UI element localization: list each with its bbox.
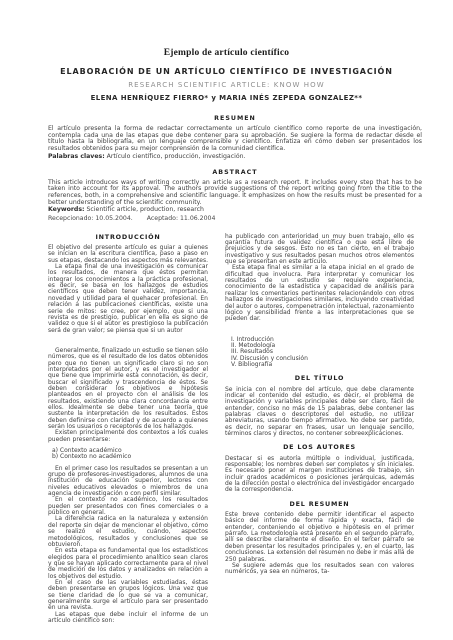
paragraph: El objetivo del presente artículo es gui…: [48, 245, 208, 264]
accepted-date: Aceptado: 11.06.2004: [147, 215, 216, 222]
paragraph: Generalmente, finalizado un estudio se t…: [48, 348, 208, 430]
resumen-section: RESUMEN El artículo presenta la forma de…: [48, 115, 422, 161]
palabras-claves-label: Palabras claves:: [48, 153, 105, 160]
article-title-spanish: ELABORACIÓN DE UN ARTÍCULO CIENTÍFICO DE…: [0, 67, 453, 76]
paragraph: Se sugiere además que los resultados sea…: [225, 563, 414, 576]
palabras-claves-line: Palabras claves: Artículo científico, pr…: [48, 154, 422, 161]
received-date: Recepcionado: 10.05.2004.: [48, 215, 133, 222]
right-column: ha publicado con anterioridad un muy bue…: [225, 234, 414, 625]
article-body: INTRODUCCIÓN El objetivo del presente ar…: [48, 234, 414, 625]
resumen-heading: RESUMEN: [48, 115, 422, 122]
resumen-body: El artículo presenta la forma de redacta…: [48, 126, 422, 153]
abstract-section: ABSTRACT This article introduces ways of…: [48, 169, 422, 223]
article-header: Ejemplo de artículo científico ELABORACI…: [0, 48, 453, 102]
paragraph: Esta etapa final es similar a la etapa i…: [225, 265, 414, 322]
article-stages-list: I. Introducción II. Metodología III. Res…: [225, 337, 414, 369]
paragraph: En el primer caso los resultados se pres…: [48, 466, 208, 498]
list-item: b) Contexto no académico: [52, 454, 208, 460]
article-title-english: RESEARCH SCIENTIFIC ARTICLE: KNOW HOW: [0, 81, 453, 89]
paragraph: La diferencia radica en la naturaleza y …: [48, 516, 208, 548]
abstract-body: This article introduces ways of writing …: [48, 180, 422, 207]
paragraph: Este breve contenido debe permitir ident…: [225, 512, 414, 563]
left-column: INTRODUCCIÓN El objetivo del presente ar…: [48, 234, 208, 625]
column-gap: [225, 323, 414, 337]
paragraph: ha publicado con anterioridad un muy bue…: [225, 234, 414, 266]
del-resumen-heading: DEL RESUMEN: [225, 501, 414, 507]
paragraph: En el contexto no académico, los resulta…: [48, 497, 208, 516]
submission-dates: Recepcionado: 10.05.2004.Aceptado: 11.06…: [48, 216, 422, 223]
column-gap: [48, 334, 208, 348]
article-page: Ejemplo de artículo científico ELABORACI…: [0, 0, 453, 640]
del-titulo-heading: DEL TÍTULO: [225, 375, 414, 381]
paragraph: La etapa final de una investigación es c…: [48, 264, 208, 334]
paragraph: Existen principalmente dos contextos a l…: [48, 430, 208, 443]
keywords-value: Scientific article, production, research: [87, 206, 204, 213]
introduccion-heading: INTRODUCCIÓN: [48, 234, 208, 240]
paragraph: En el caso de las variables estudiadas, …: [48, 580, 208, 612]
keywords-label: Keywords:: [48, 206, 85, 213]
list-item: V. Bibliografía: [231, 362, 414, 368]
page-pretitle: Ejemplo de artículo científico: [0, 48, 453, 58]
de-los-autores-heading: DE LOS AUTORES: [225, 444, 414, 450]
paragraph: Se inicia con el nombre del artículo, qu…: [225, 387, 414, 438]
article-authors: ELENA HENRÍQUEZ FIERRO* y MARIA INÉS ZEP…: [0, 94, 453, 102]
palabras-claves-value: Artículo científico, producción, investi…: [107, 153, 246, 160]
paragraph: En esta etapa es fundamental que los est…: [48, 548, 208, 580]
keywords-line: Keywords: Scientific article, production…: [48, 207, 422, 214]
abstract-heading: ABSTRACT: [48, 169, 422, 176]
paragraph: Las etapas que debe incluir el informe d…: [48, 612, 208, 625]
context-list: a) Contexto académico b) Contexto no aca…: [48, 448, 208, 461]
paragraph: Destacar si es autoría múltiple o indivi…: [225, 456, 414, 494]
